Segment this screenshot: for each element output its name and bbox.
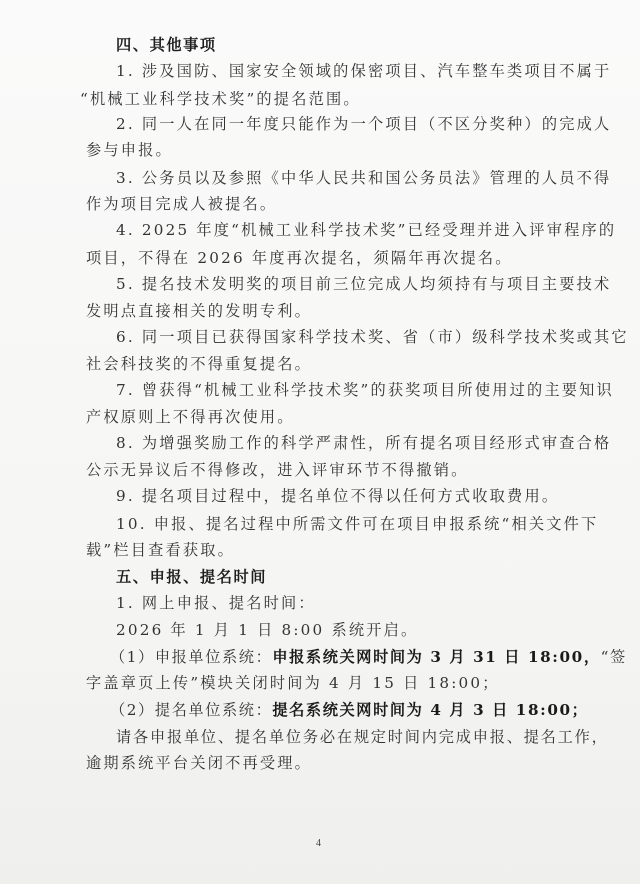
item-8-line-1: 8. 为增强奖励工作的科学严肃性，所有提名项目经形式审查合格 <box>116 433 586 453</box>
notice-line-1: 请各申报单位、提名单位务必在规定时间内完成申报、提名工作， <box>116 727 586 747</box>
applicant-system-tail: “签 <box>601 648 627 666</box>
item-9-line-1: 9. 提名项目过程中，提名单位不得以任何方式收取费用。 <box>116 486 586 506</box>
item-7-line-2: 产权原则上不得再次使用。 <box>86 407 556 427</box>
item-5-line-2: 发明点直接相关的发明专利。 <box>86 301 556 321</box>
item-10-line-2: 载”栏目查看获取。 <box>86 540 556 560</box>
page-number: 4 <box>316 838 321 849</box>
item-1-line-2: “机械工业科学技术奖”的提名范围。 <box>80 89 550 109</box>
item-6-line-2: 社会科技奖的不得重复提名。 <box>86 354 556 374</box>
applicant-system-deadline: 申报系统关网时间为 3 月 31 日 18:00， <box>272 648 600 666</box>
nominator-system-label: （2）提名单位系统： <box>110 701 272 719</box>
applicant-system-line-1: （1）申报单位系统：申报系统关网时间为 3 月 31 日 18:00，“签 <box>110 647 580 667</box>
section-heading-submission-time: 五、申报、提名时间 <box>116 567 586 587</box>
notice-line-2: 逾期系统平台关闭不再受理。 <box>86 753 556 773</box>
item-2-line-2: 参与申报。 <box>86 140 556 160</box>
document-page: 四、其他事项 1. 涉及国防、国家安全领域的保密项目、汽车整车类项目不属于 “机… <box>0 0 640 884</box>
item-3-line-1: 3. 公务员以及参照《中华人民共和国公务员法》管理的人员不得 <box>116 168 586 188</box>
item-4-line-2: 项目，不得在 2026 年度再次提名，须隔年再次提名。 <box>86 248 556 268</box>
item-3-line-2: 作为项目完成人被提名。 <box>86 194 556 214</box>
item-5-line-1: 5. 提名技术发明奖的项目前三位完成人均须持有与项目主要技术 <box>116 274 586 294</box>
item-4-line-1: 4. 2025 年度“机械工业科学技术奖”已经受理并进入评审程序的 <box>116 220 586 240</box>
nominator-system-deadline: 提名系统关网时间为 4 月 3 日 18:00； <box>272 701 588 719</box>
applicant-system-line-2: 字盖章页上传”模块关闭时间为 4 月 15 日 18:00； <box>86 673 556 693</box>
applicant-system-label: （1）申报单位系统： <box>110 648 272 666</box>
item-8-line-2: 公示无异议后不得修改，进入评审环节不得撤销。 <box>86 460 556 480</box>
system-open-time: 2026 年 1 月 1 日 8:00 系统开启。 <box>116 620 586 640</box>
online-submission-label: 1. 网上申报、提名时间： <box>116 593 586 613</box>
item-1-line-1: 1. 涉及国防、国家安全领域的保密项目、汽车整车类项目不属于 <box>116 61 586 81</box>
section-heading-other-matters: 四、其他事项 <box>116 35 586 55</box>
item-6-line-1: 6. 同一项目已获得国家科学技术奖、省（市）级科学技术奖或其它 <box>116 327 586 347</box>
nominator-system-line: （2）提名单位系统：提名系统关网时间为 4 月 3 日 18:00； <box>110 700 580 720</box>
item-7-line-1: 7. 曾获得“机械工业科学技术奖”的获奖项目所使用过的主要知识 <box>116 380 586 400</box>
item-2-line-1: 2. 同一人在同一年度只能作为一个项目（不区分奖种）的完成人 <box>116 114 586 134</box>
item-10-line-1: 10. 申报、提名过程中所需文件可在项目申报系统“相关文件下 <box>116 514 586 534</box>
